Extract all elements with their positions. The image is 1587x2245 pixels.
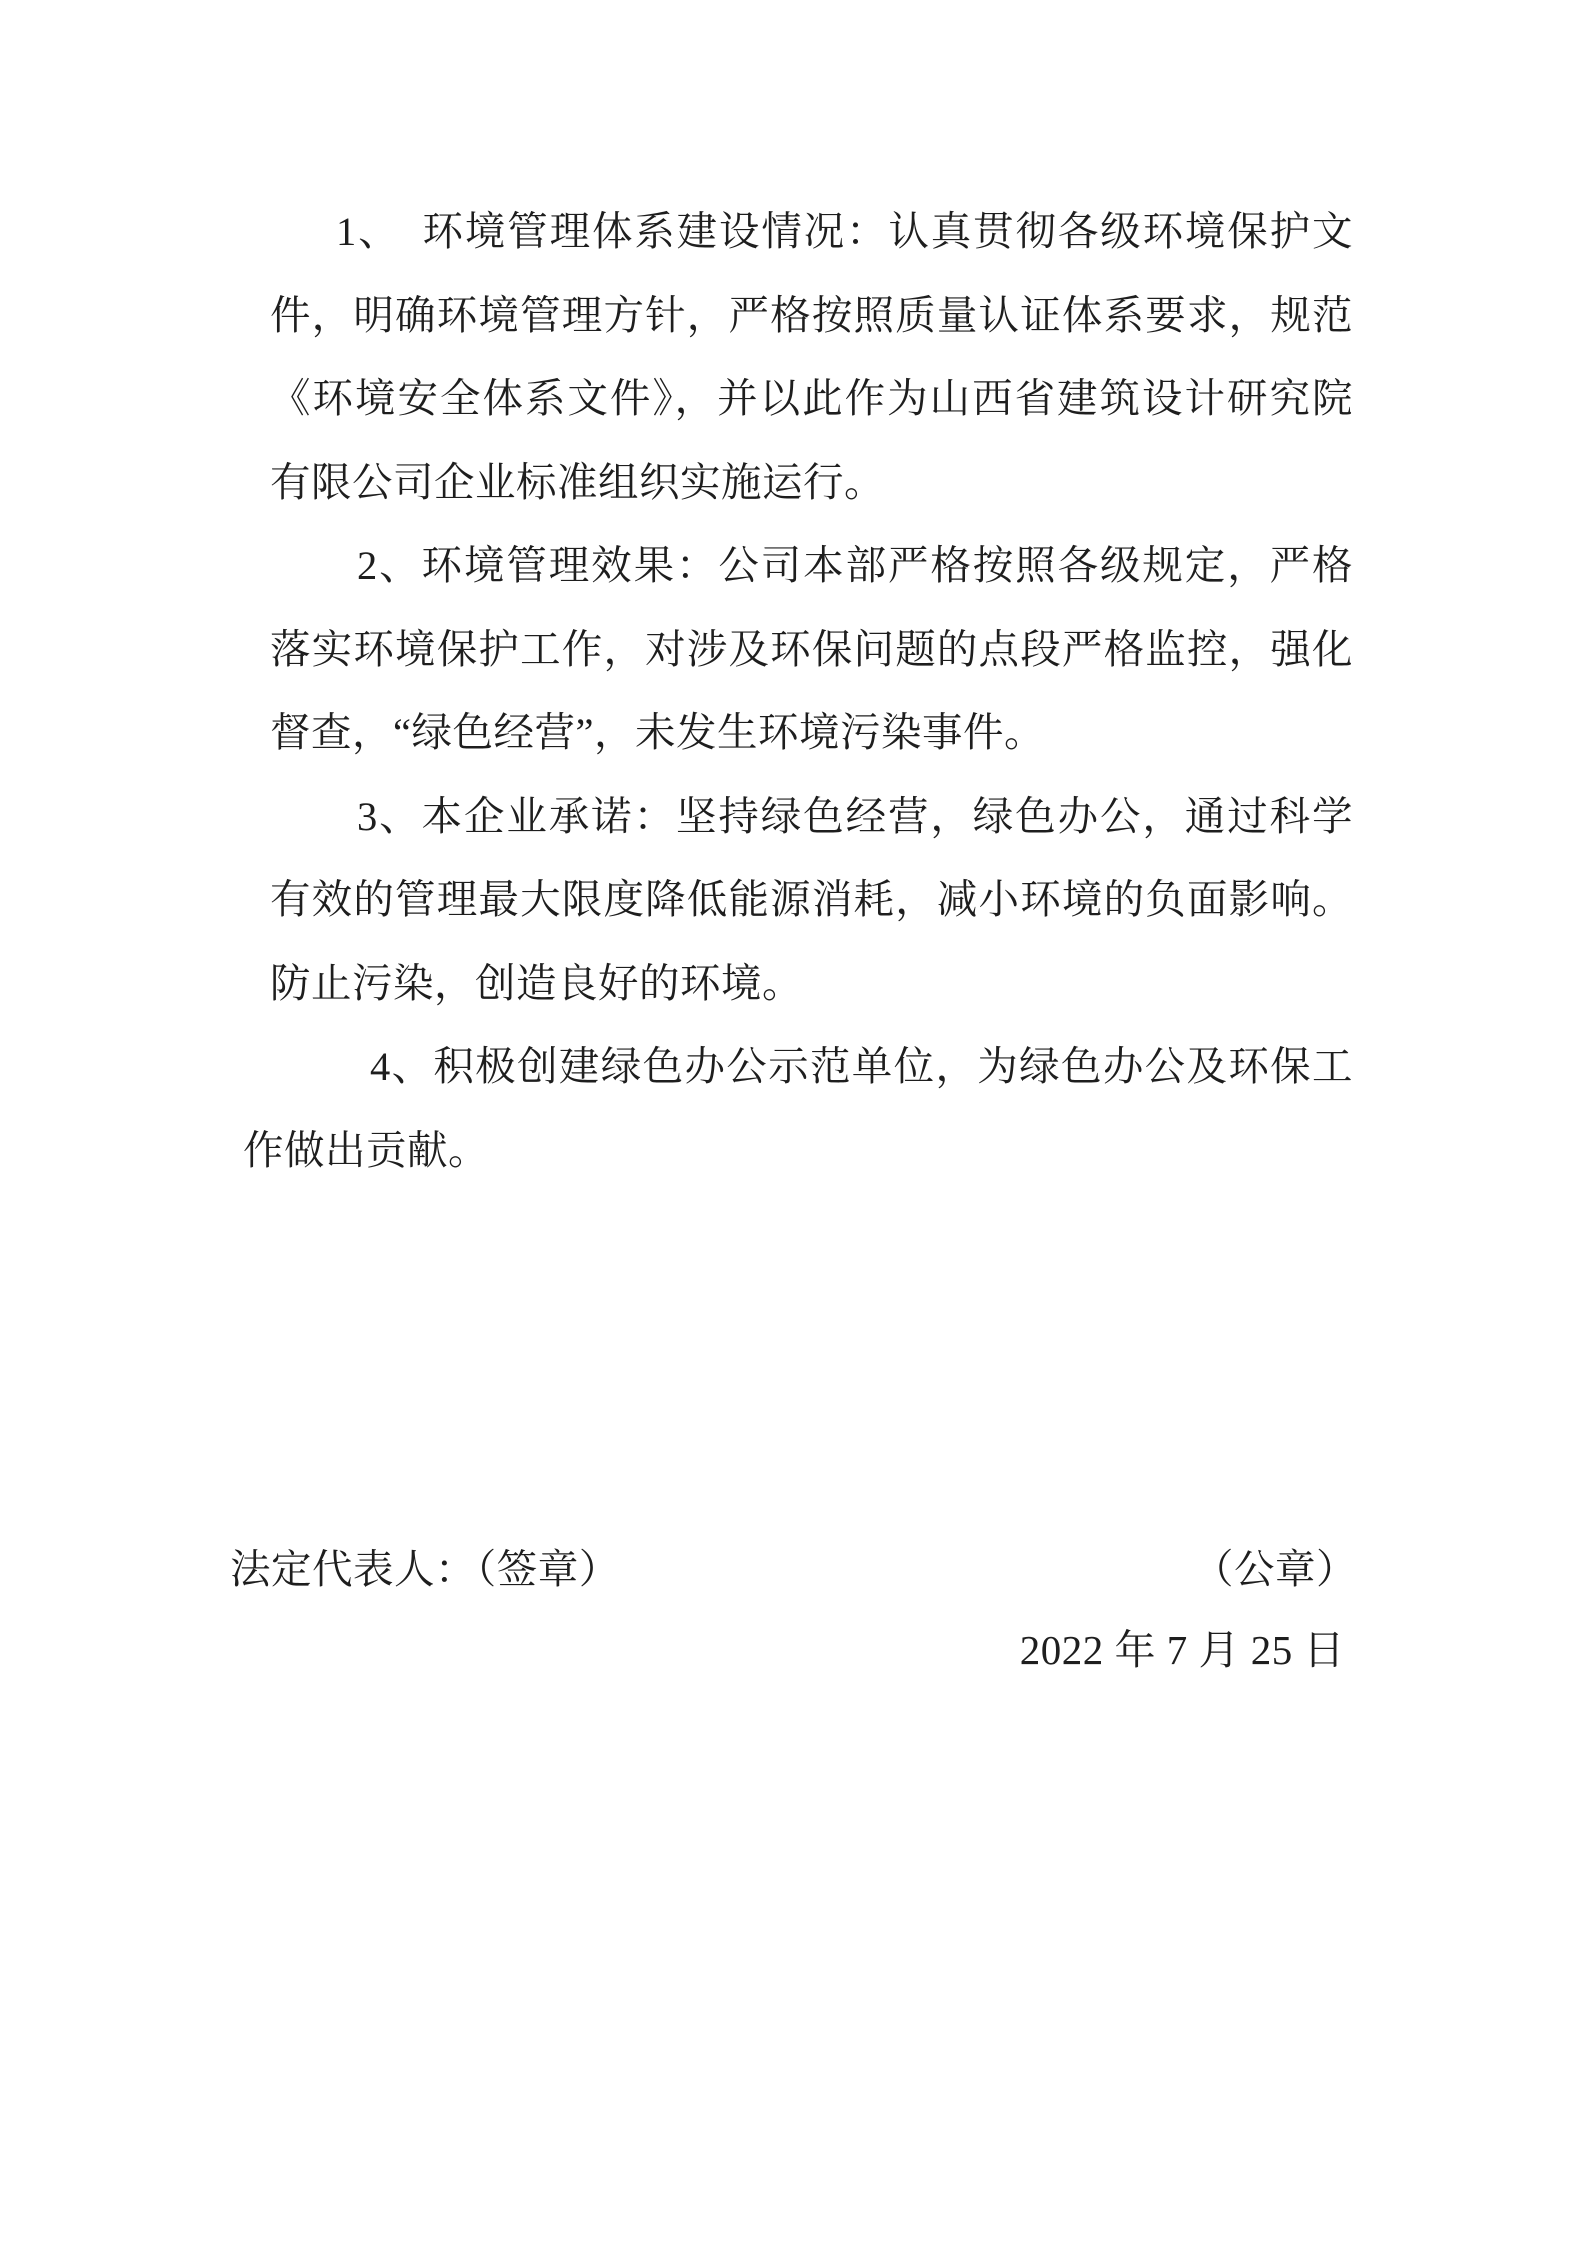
signature-row: 法定代表人：（签章） （公章）: [0, 1528, 1587, 1612]
document-body: 1、 环境管理体系建设情况：认真贯彻各级环境保护文件，明确环境管理方针，严格按照…: [270, 190, 1353, 1192]
document-page: 1、 环境管理体系建设情况：认真贯彻各级环境保护文件，明确环境管理方针，严格按照…: [0, 0, 1587, 2245]
legal-representative-signature-label: 法定代表人：（签章）: [230, 1528, 620, 1612]
paragraph-environment-system: 1、 环境管理体系建设情况：认真贯彻各级环境保护文件，明确环境管理方针，严格按照…: [270, 190, 1353, 524]
company-seal-label: （公章）: [1193, 1528, 1357, 1612]
paragraph-environment-effect: 2、环境管理效果：公司本部严格按照各级规定，严格落实环境保护工作，对涉及环保问题…: [270, 524, 1353, 775]
paragraph-enterprise-commitment: 3、本企业承诺：坚持绿色经营，绿色办公，通过科学有效的管理最大限度降低能源消耗，…: [270, 775, 1353, 1026]
paragraph-green-office: 4、积极创建绿色办公示范单位，为绿色办公及环保工作做出贡献。: [243, 1025, 1353, 1192]
document-date: 2022 年 7 月 25 日: [1020, 1608, 1345, 1692]
